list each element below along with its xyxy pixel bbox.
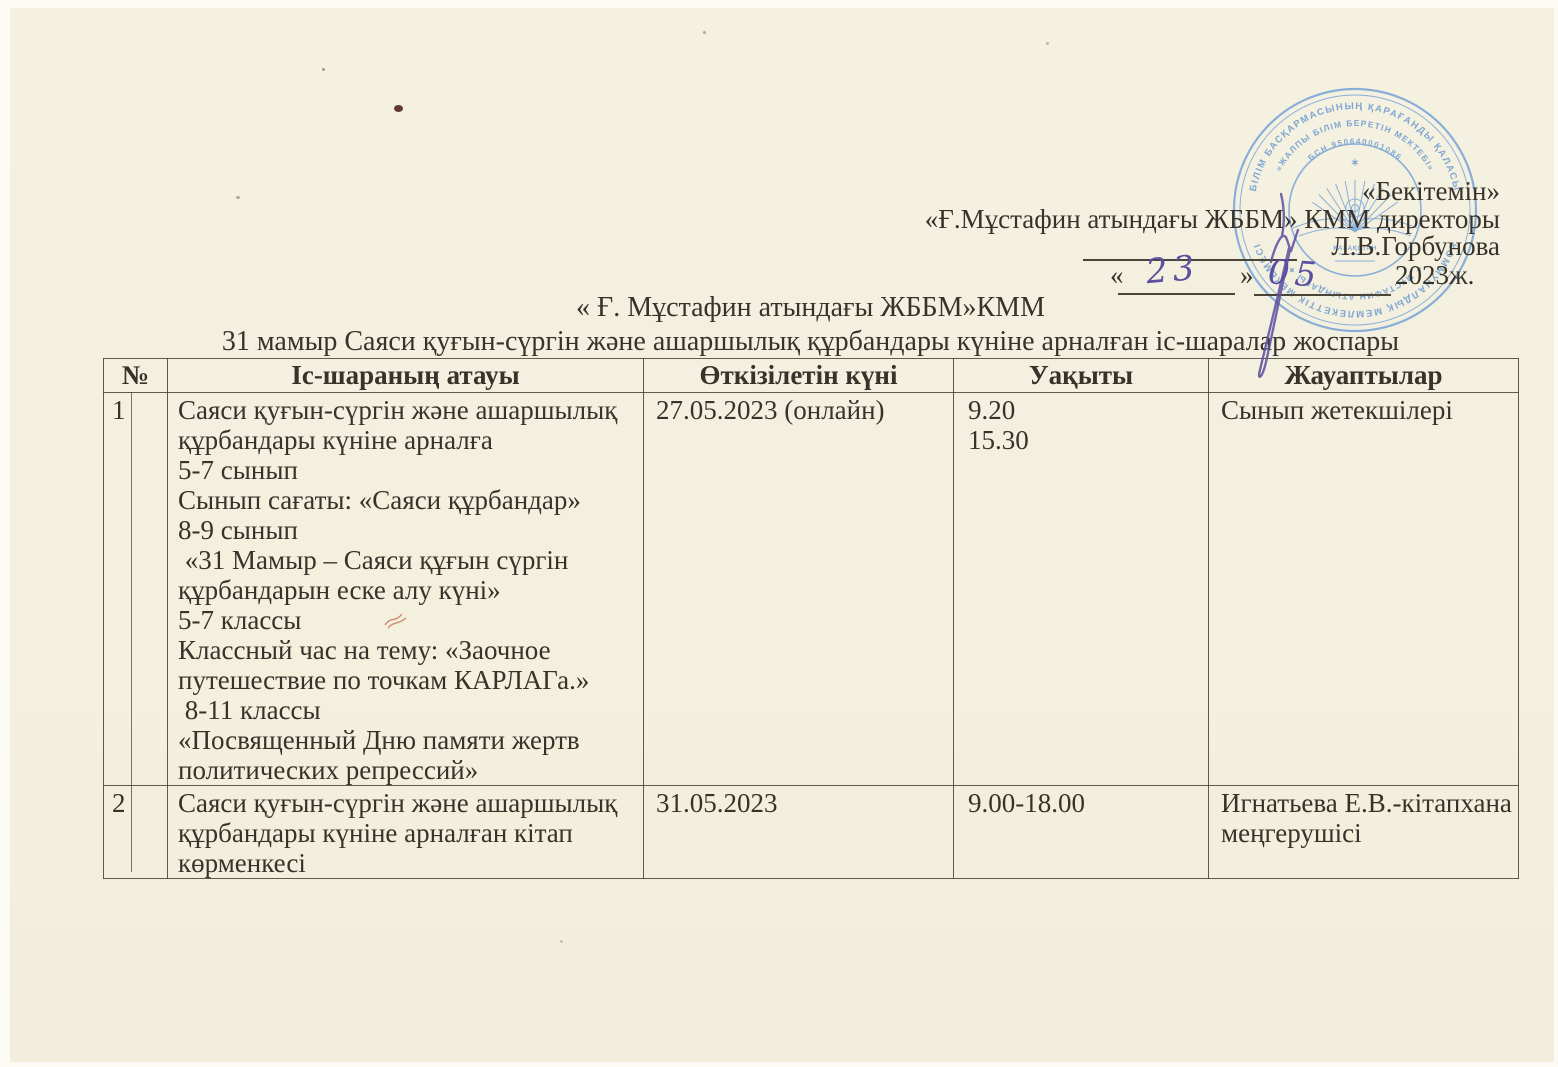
row2-responsible: Игнатьева Е.В.-кітапхана меңгерушісі — [1209, 786, 1519, 879]
row-number-text: 1 — [112, 395, 165, 425]
time-text: 15.30 — [968, 425, 1204, 455]
event-name-line: құрбандары күніне арналға — [178, 425, 639, 455]
paper-speck — [1046, 42, 1049, 45]
date-open-quote: « — [1110, 260, 1124, 290]
paper-speck — [322, 68, 325, 71]
event-name-line: Сынып сағаты: «Саяси құрбандар» — [178, 485, 639, 515]
time-text: 9.00-18.00 — [968, 788, 1204, 818]
event-name-line: Саяси қуғын-сүргін және ашаршылық — [178, 788, 639, 818]
ink-speck — [394, 105, 403, 112]
row1-time: 9.20 15.30 — [954, 393, 1209, 786]
header-date: Өткізілетін күні — [644, 359, 954, 393]
header-time: Уақыты — [954, 359, 1209, 393]
table-row: 1 Саяси қуғын-сүргін және ашаршылық құрб… — [104, 393, 1519, 786]
stamp-star-icon: ✶ — [1351, 158, 1359, 169]
scan-artifact-line — [131, 392, 132, 872]
header-number: № — [104, 359, 168, 393]
director-name: Л.В.Горбунова — [1331, 231, 1500, 261]
row2-time: 9.00-18.00 — [954, 786, 1209, 879]
row2-number: 2 — [104, 786, 168, 879]
date-year: 2023ж. — [1395, 260, 1474, 290]
event-name-line: құрбандары күніне арналған кітап — [178, 818, 639, 848]
event-name-line: құрбандарын еске алу күні» — [178, 575, 639, 605]
approval-director-line: «Ғ.Мұстафин атындағы ЖББМ» КММ директоры — [925, 204, 1500, 234]
responsible-text: Сынып жетекшілері — [1221, 395, 1514, 425]
event-name-line: 8-11 классы — [178, 695, 639, 725]
responsible-text: меңгерушісі — [1221, 818, 1514, 848]
responsible-text: Игнатьева Е.В.-кітапхана — [1221, 788, 1514, 818]
event-name-line: «31 Мамыр – Саяси құғын сүргін — [178, 545, 639, 575]
event-name-line: 8-9 сынып — [178, 515, 639, 545]
paper-speck — [236, 196, 240, 199]
row1-date: 27.05.2023 (онлайн) — [644, 393, 954, 786]
row1-number: 1 — [104, 393, 168, 786]
row-number-text: 2 — [112, 788, 165, 818]
paper-speck — [560, 940, 563, 943]
handwritten-day: 23 — [1144, 248, 1201, 292]
time-text: 9.20 — [968, 395, 1204, 425]
event-name-line: путешествие по точкам КАРЛАГа.» — [178, 665, 639, 695]
event-name-line: көрменкесі — [178, 848, 639, 878]
event-name-line: «Посвященный Дню памяти жертв — [178, 725, 639, 755]
row2-event-name: Саяси қуғын-сүргін және ашаршылық құрбан… — [168, 786, 644, 879]
event-name-line: 5-7 сынып — [178, 455, 639, 485]
row1-responsible: Сынып жетекшілері — [1209, 393, 1519, 786]
event-name-line: политических репрессий» — [178, 755, 639, 785]
events-table: № Іс-шараның атауы Өткізілетін күні Уақы… — [103, 358, 1519, 879]
table-row: 2 Саяси қуғын-сүргін және ашаршылық құрб… — [104, 786, 1519, 879]
handwritten-month: 05 — [1267, 252, 1323, 296]
row1-event-name: Саяси қуғын-сүргін және ашаршылық құрбан… — [168, 393, 644, 786]
approval-word: «Бекітемін» — [1362, 176, 1500, 206]
header-event-name: Іс-шараның атауы — [168, 359, 644, 393]
date-text: 31.05.2023 — [656, 788, 949, 818]
row2-date: 31.05.2023 — [644, 786, 954, 879]
event-name-line: Саяси қуғын-сүргін және ашаршылық — [178, 395, 639, 425]
date-text: 27.05.2023 (онлайн) — [656, 395, 949, 425]
paper-speck — [703, 31, 706, 34]
event-name-line: Классный час на тему: «Заочное — [178, 635, 639, 665]
red-pen-scratch — [384, 612, 410, 630]
scanned-document: { "colors": { "paper": "#f4f0de", "text_… — [0, 0, 1558, 1067]
